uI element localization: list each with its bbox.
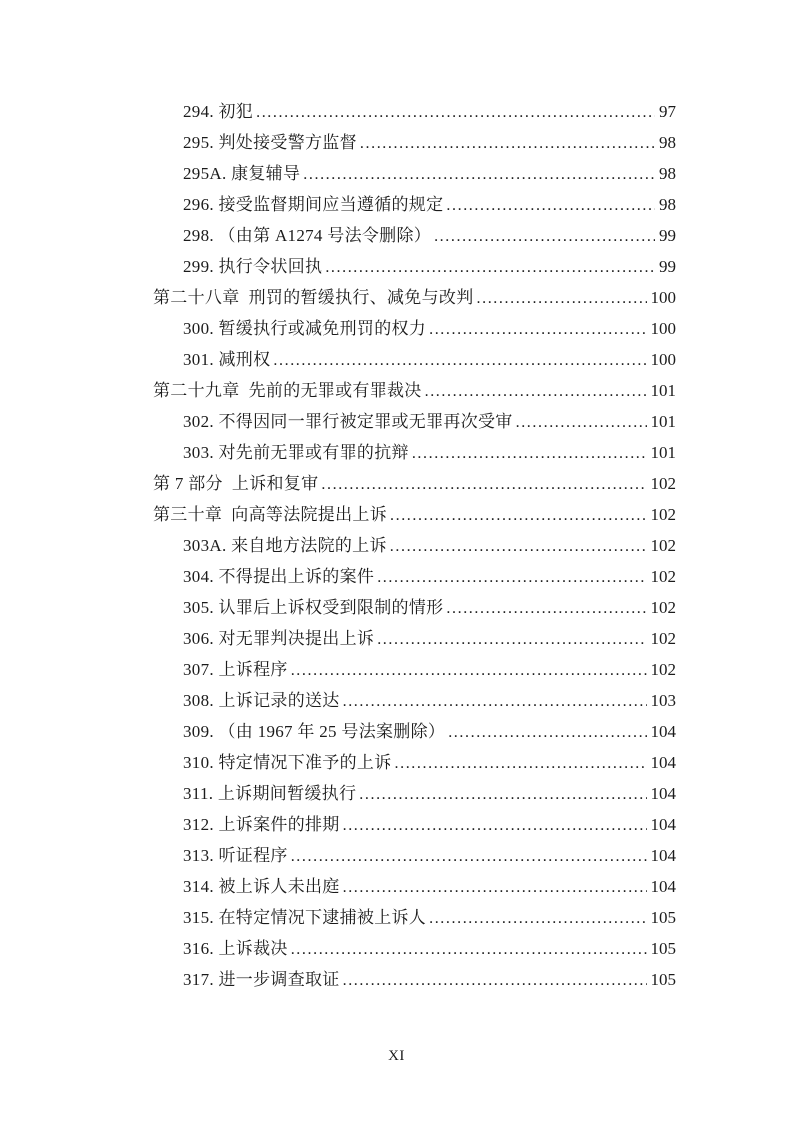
toc-entry[interactable]: 311. 上诉期间暂缓执行 104 <box>0 778 676 809</box>
toc-entry-page-number: 99 <box>659 220 676 251</box>
toc-entry-label: 306. 对无罪判决提出上诉 <box>183 623 374 654</box>
toc-dot-leader <box>516 406 647 438</box>
toc-dot-leader <box>395 747 647 779</box>
toc-entry-label: 295A. 康复辅导 <box>183 158 300 189</box>
toc-entry-label: 301. 减刑权 <box>183 344 270 375</box>
toc-dot-leader <box>390 499 647 531</box>
toc-entry-page-number: 98 <box>659 158 676 189</box>
toc-entry[interactable]: 296. 接受监督期间应当遵循的规定 98 <box>0 189 676 220</box>
toc-entry-label: 313. 听证程序 <box>183 840 288 871</box>
toc-entry-label: 302. 不得因同一罪行被定罪或无罪再次受审 <box>183 406 513 437</box>
toc-dot-leader <box>321 468 646 500</box>
toc-entry[interactable]: 314. 被上诉人未出庭 104 <box>0 871 676 902</box>
toc-entry[interactable]: 第三十章 向高等法院提出上诉 102 <box>0 499 676 530</box>
toc-dot-leader <box>390 530 647 562</box>
toc-entry[interactable]: 306. 对无罪判决提出上诉 102 <box>0 623 676 654</box>
toc-entry-page-number: 102 <box>651 530 677 561</box>
toc-entry[interactable]: 315. 在特定情况下逮捕被上诉人 105 <box>0 902 676 933</box>
toc-dot-leader <box>343 964 647 996</box>
toc-dot-leader <box>446 592 646 624</box>
toc-entry-page-number: 102 <box>651 468 677 499</box>
toc-entry-label: 299. 执行令状回执 <box>183 251 322 282</box>
toc-dot-leader <box>425 375 647 407</box>
toc-entry-label: 303. 对先前无罪或有罪的抗辩 <box>183 437 409 468</box>
toc-entry-page-number: 104 <box>651 778 677 809</box>
toc-entry-page-number: 102 <box>651 561 677 592</box>
toc-entry[interactable]: 第二十八章 刑罚的暂缓执行、减免与改判 100 <box>0 282 676 313</box>
toc-entry-label: 304. 不得提出上诉的案件 <box>183 561 374 592</box>
toc-entry[interactable]: 295A. 康复辅导 98 <box>0 158 676 189</box>
toc-dot-leader <box>343 809 647 841</box>
toc-entry[interactable]: 313. 听证程序 104 <box>0 840 676 871</box>
toc-entry-label: 307. 上诉程序 <box>183 654 288 685</box>
toc-entry-label: 314. 被上诉人未出庭 <box>183 871 340 902</box>
toc-entry-page-number: 98 <box>659 189 676 220</box>
toc-entry-label: 第二十九章 先前的无罪或有罪裁决 <box>153 375 422 406</box>
toc-dot-leader <box>377 623 646 655</box>
toc-dot-leader <box>291 840 647 872</box>
toc-entry-label: 296. 接受监督期间应当遵循的规定 <box>183 189 443 220</box>
toc-entry[interactable]: 298. （由第 A1274 号法令删除） 99 <box>0 220 676 251</box>
toc-entry-page-number: 104 <box>651 716 677 747</box>
toc-entry-label: 294. 初犯 <box>183 96 253 127</box>
toc-entry-page-number: 104 <box>651 809 677 840</box>
toc-dot-leader <box>343 871 647 903</box>
toc-entry-label: 第三十章 向高等法院提出上诉 <box>153 499 387 530</box>
toc-entry-page-number: 105 <box>651 902 677 933</box>
toc-entry[interactable]: 309. （由 1967 年 25 号法案删除） 104 <box>0 716 676 747</box>
toc-entry-label: 308. 上诉记录的送达 <box>183 685 340 716</box>
toc-entry-page-number: 102 <box>651 623 677 654</box>
toc-entry[interactable]: 294. 初犯 97 <box>0 96 676 127</box>
toc-entry-page-number: 100 <box>651 313 677 344</box>
toc-dot-leader <box>434 220 655 252</box>
toc-entry-label: 第二十八章 刑罚的暂缓执行、减免与改判 <box>153 282 474 313</box>
toc-entry-page-number: 98 <box>659 127 676 158</box>
toc-entry-page-number: 105 <box>651 964 677 995</box>
table-of-contents: 294. 初犯 97 295. 判处接受警方监督 98 295A. 康复辅导 9… <box>0 96 676 995</box>
toc-dot-leader <box>291 654 647 686</box>
toc-entry-page-number: 99 <box>659 251 676 282</box>
toc-entry-label: 315. 在特定情况下逮捕被上诉人 <box>183 902 426 933</box>
toc-dot-leader <box>412 437 647 469</box>
toc-entry-page-number: 101 <box>651 437 677 468</box>
page-footer: XI <box>0 1048 793 1065</box>
toc-entry[interactable]: 299. 执行令状回执 99 <box>0 251 676 282</box>
toc-entry[interactable]: 308. 上诉记录的送达 103 <box>0 685 676 716</box>
toc-entry-label: 310. 特定情况下准予的上诉 <box>183 747 392 778</box>
toc-dot-leader <box>446 189 655 221</box>
toc-entry-page-number: 102 <box>651 654 677 685</box>
toc-dot-leader <box>343 685 647 717</box>
toc-entry-page-number: 105 <box>651 933 677 964</box>
toc-entry-page-number: 101 <box>651 406 677 437</box>
toc-entry-page-number: 104 <box>651 840 677 871</box>
toc-entry[interactable]: 第 7 部分 上诉和复审 102 <box>0 468 676 499</box>
toc-entry-page-number: 97 <box>659 96 676 127</box>
toc-entry-page-number: 100 <box>651 282 677 313</box>
toc-entry[interactable]: 303A. 来自地方法院的上诉 102 <box>0 530 676 561</box>
toc-entry-page-number: 102 <box>651 499 677 530</box>
toc-entry-label: 305. 认罪后上诉权受到限制的情形 <box>183 592 443 623</box>
toc-entry[interactable]: 307. 上诉程序 102 <box>0 654 676 685</box>
toc-entry[interactable]: 312. 上诉案件的排期 104 <box>0 809 676 840</box>
toc-dot-leader <box>448 716 646 748</box>
toc-entry-page-number: 100 <box>651 344 677 375</box>
toc-entry-label: 316. 上诉裁决 <box>183 933 288 964</box>
toc-entry-page-number: 104 <box>651 747 677 778</box>
toc-entry[interactable]: 305. 认罪后上诉权受到限制的情形 102 <box>0 592 676 623</box>
toc-entry[interactable]: 302. 不得因同一罪行被定罪或无罪再次受审 101 <box>0 406 676 437</box>
toc-entry[interactable]: 310. 特定情况下准予的上诉 104 <box>0 747 676 778</box>
document-page: 294. 初犯 97 295. 判处接受警方监督 98 295A. 康复辅导 9… <box>0 0 793 1122</box>
toc-dot-leader <box>291 933 647 965</box>
toc-entry[interactable]: 316. 上诉裁决 105 <box>0 933 676 964</box>
page-number: XI <box>388 1048 405 1064</box>
toc-entry[interactable]: 301. 减刑权 100 <box>0 344 676 375</box>
toc-entry-label: 303A. 来自地方法院的上诉 <box>183 530 387 561</box>
toc-entry[interactable]: 303. 对先前无罪或有罪的抗辩 101 <box>0 437 676 468</box>
toc-dot-leader <box>256 96 655 128</box>
toc-entry-page-number: 104 <box>651 871 677 902</box>
toc-entry[interactable]: 304. 不得提出上诉的案件 102 <box>0 561 676 592</box>
toc-entry-label: 298. （由第 A1274 号法令删除） <box>183 220 431 251</box>
toc-dot-leader <box>477 282 647 314</box>
toc-dot-leader <box>429 313 646 345</box>
toc-entry[interactable]: 300. 暂缓执行或减免刑罚的权力 100 <box>0 313 676 344</box>
toc-entry-label: 295. 判处接受警方监督 <box>183 127 357 158</box>
toc-entry-label: 311. 上诉期间暂缓执行 <box>183 778 356 809</box>
toc-entry[interactable]: 第二十九章 先前的无罪或有罪裁决 101 <box>0 375 676 406</box>
toc-dot-leader <box>360 127 655 159</box>
toc-entry-page-number: 101 <box>651 375 677 406</box>
toc-entry[interactable]: 317. 进一步调查取证 105 <box>0 964 676 995</box>
toc-entry-label: 309. （由 1967 年 25 号法案删除） <box>183 716 445 747</box>
toc-dot-leader <box>273 344 646 376</box>
toc-dot-leader <box>359 778 646 810</box>
toc-dot-leader <box>303 158 655 190</box>
toc-entry-label: 312. 上诉案件的排期 <box>183 809 340 840</box>
toc-dot-leader <box>325 251 655 283</box>
toc-entry-page-number: 102 <box>651 592 677 623</box>
toc-entry-label: 第 7 部分 上诉和复审 <box>153 468 318 499</box>
toc-dot-leader <box>377 561 646 593</box>
toc-dot-leader <box>429 902 646 934</box>
toc-entry-label: 317. 进一步调查取证 <box>183 964 340 995</box>
toc-entry-label: 300. 暂缓执行或减免刑罚的权力 <box>183 313 426 344</box>
toc-entry[interactable]: 295. 判处接受警方监督 98 <box>0 127 676 158</box>
toc-entry-page-number: 103 <box>651 685 677 716</box>
